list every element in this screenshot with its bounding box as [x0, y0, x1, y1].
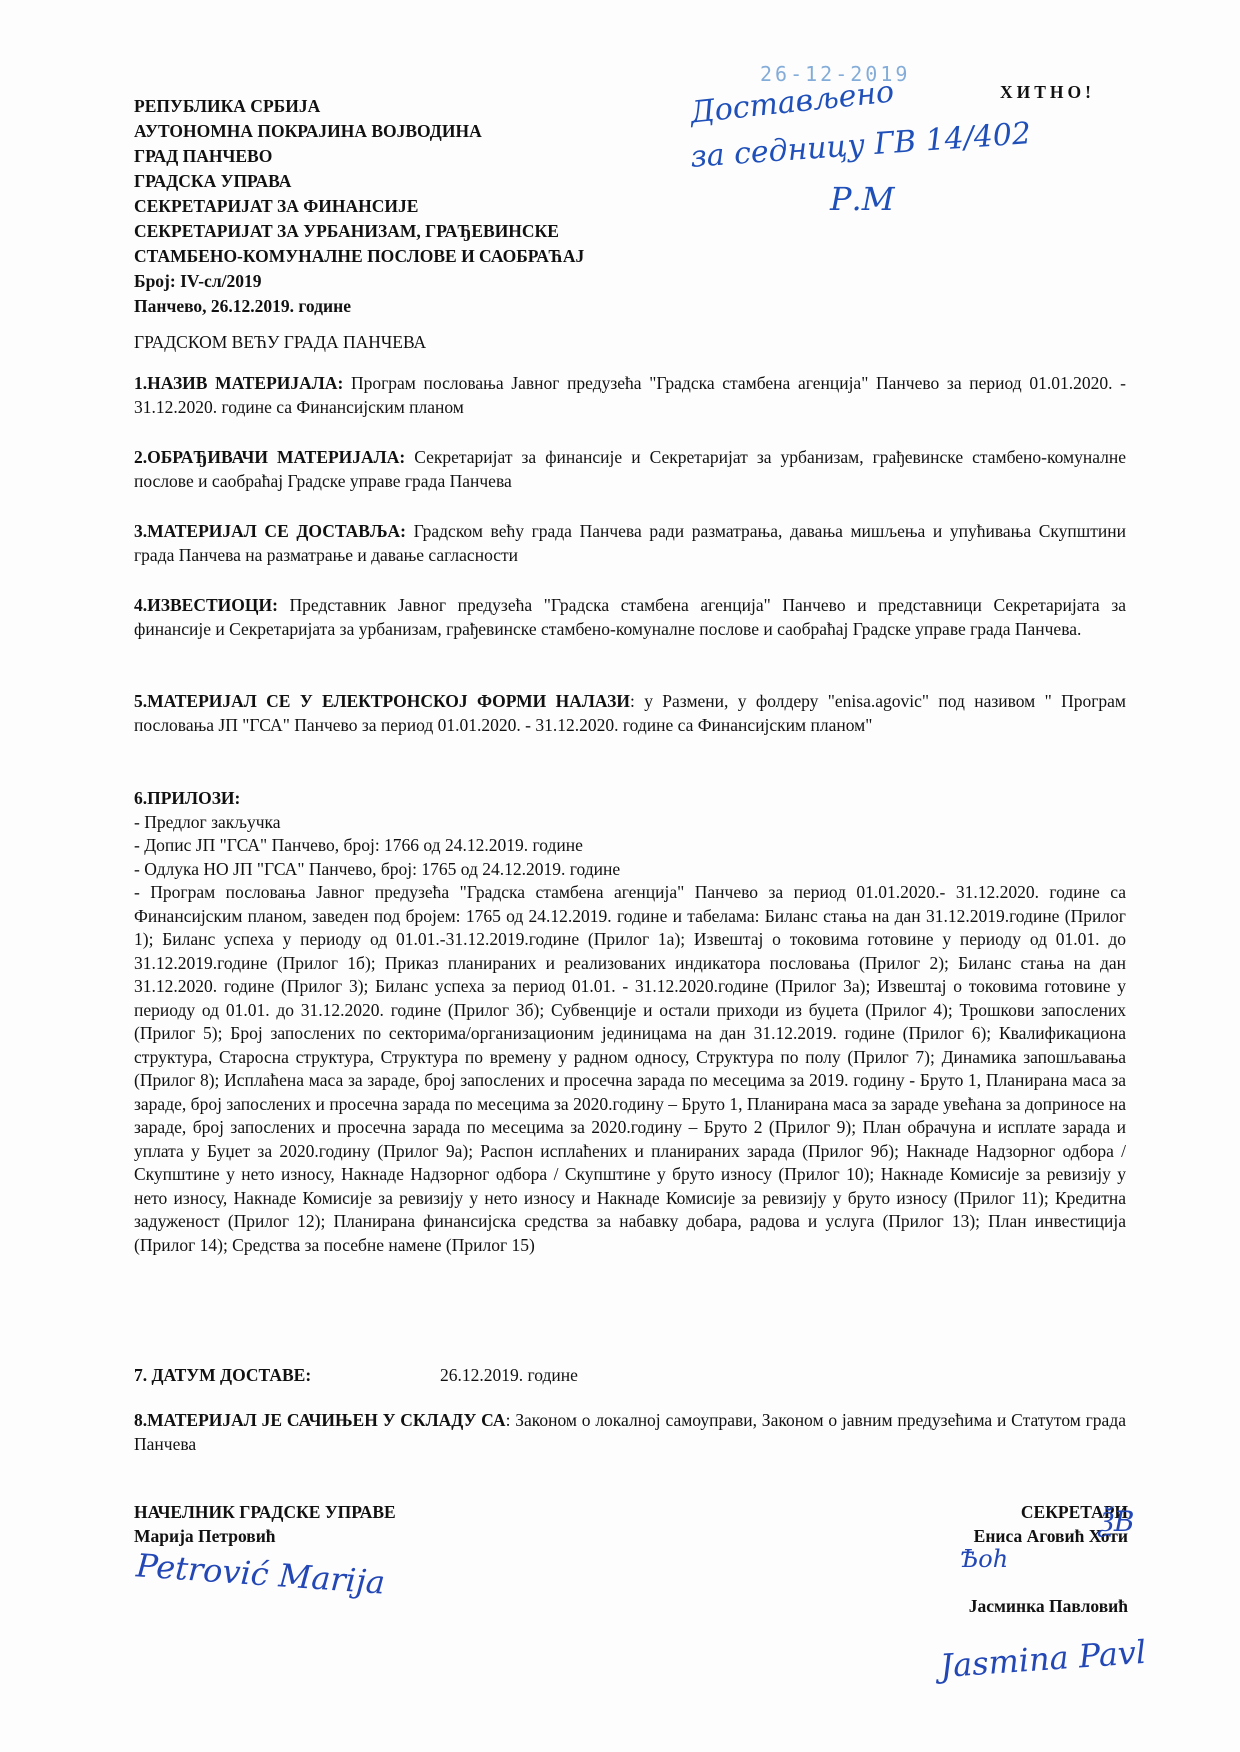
letterhead-line: РЕПУБЛИКА СРБИЈА	[134, 94, 584, 119]
section-electronic-location: 5.МАТЕРИЈАЛ СЕ У ЕЛЕКТРОНСКОЈ ФОРМИ НАЛА…	[134, 690, 1126, 737]
attachment-item: - Програм пословања Јавног предузећа "Гр…	[134, 881, 1126, 1257]
urgent-label: ХИТНО!	[1000, 82, 1095, 103]
letterhead-line: ГРАДСКА УПРАВА	[134, 169, 584, 194]
section-text: Представник Јавног предузећа "Градска ст…	[134, 595, 1126, 639]
letterhead: РЕПУБЛИКА СРБИЈА АУТОНОМНА ПОКРАЈИНА ВОЈ…	[134, 94, 584, 319]
handwritten-signature: Petrović Marija	[135, 1546, 386, 1601]
letterhead-line: ГРАД ПАНЧЕВО	[134, 144, 584, 169]
handwritten-signature: Ѣoh	[960, 1545, 1008, 1573]
section-material-delivered: 3.МАТЕРИЈАЛ СЕ ДОСТАВЉА: Градском већу г…	[134, 520, 1126, 567]
letterhead-line: СЕКРЕТАРИЈАТ ЗА УРБАНИЗАМ, ГРАЂЕВИНСКЕ	[134, 219, 584, 244]
letterhead-line: АУТОНОМНА ПОКРАЈИНА ВОЈВОДИНА	[134, 119, 584, 144]
section-delivery-date: 7. ДАТУМ ДОСТАВЕ:26.12.2019. године	[134, 1364, 1126, 1388]
section-label: 2.ОБРАЂИВАЧИ МАТЕРИЈАЛА:	[134, 447, 405, 467]
attachment-item: - Допис ЈП "ГСА" Панчево, број: 1766 од …	[134, 834, 1126, 858]
section-attachments: 6.ПРИЛОЗИ: - Предлог закључка - Допис ЈП…	[134, 787, 1126, 1257]
handwritten-initials: ѮB	[1100, 1505, 1134, 1539]
signatory-name: Марија Петровић	[134, 1524, 396, 1548]
section-label: 8.МАТЕРИЈАЛ ЈЕ САЧИЊЕН У СКЛАДУ СА	[134, 1410, 506, 1430]
signatory-title: НАЧЕЛНИК ГРАДСКЕ УПРАВЕ	[134, 1500, 396, 1524]
section-reporters: 4.ИЗВЕСТИОЦИ: Представник Јавног предузе…	[134, 594, 1126, 641]
section-label: 5.МАТЕРИЈАЛ СЕ У ЕЛЕКТРОНСКОЈ ФОРМИ НАЛА…	[134, 691, 630, 711]
section-material-authors: 2.ОБРАЂИВАЧИ МАТЕРИЈАЛА: Секретаријат за…	[134, 446, 1126, 493]
document-page: РЕПУБЛИКА СРБИЈА АУТОНОМНА ПОКРАЈИНА ВОЈ…	[0, 0, 1240, 1752]
handwritten-initials: Р.М	[830, 180, 894, 218]
signature-block-head: НАЧЕЛНИК ГРАДСКЕ УПРАВЕ Марија Петровић	[134, 1500, 396, 1548]
signatory-name: Јасминка Павловић	[969, 1594, 1128, 1618]
section-label: 6.ПРИЛОЗИ:	[134, 787, 1126, 811]
attachment-item: - Одлука НО ЈП "ГСА" Панчево, број: 1765…	[134, 858, 1126, 882]
section-label: 1.НАЗИВ МАТЕРИЈАЛА:	[134, 373, 343, 393]
letterhead-line: СТАМБЕНО-КОМУНАЛНЕ ПОСЛОВЕ И САОБРАЋАЈ	[134, 244, 584, 269]
section-label: 4.ИЗВЕСТИОЦИ:	[134, 595, 278, 615]
section-legal-basis: 8.МАТЕРИЈАЛ ЈЕ САЧИЊЕН У СКЛАДУ СА: Зако…	[134, 1409, 1126, 1456]
addressee: ГРАДСКОМ ВЕЋУ ГРАДА ПАНЧЕВА	[134, 332, 426, 353]
handwritten-signature: Jasmina Pavl	[939, 1633, 1147, 1685]
section-text: 26.12.2019. године	[440, 1365, 578, 1385]
section-label: 7. ДАТУМ ДОСТАВЕ:	[134, 1364, 440, 1388]
letterhead-line: СЕКРЕТАРИЈАТ ЗА ФИНАНСИЈЕ	[134, 194, 584, 219]
document-date: Панчево, 26.12.2019. године	[134, 294, 584, 319]
section-material-name: 1.НАЗИВ МАТЕРИЈАЛА: Програм пословања Ја…	[134, 372, 1126, 419]
attachment-item: - Предлог закључка	[134, 811, 1126, 835]
document-number: Број: IV-сл/2019	[134, 269, 584, 294]
section-label: 3.МАТЕРИЈАЛ СЕ ДОСТАВЉА:	[134, 521, 406, 541]
